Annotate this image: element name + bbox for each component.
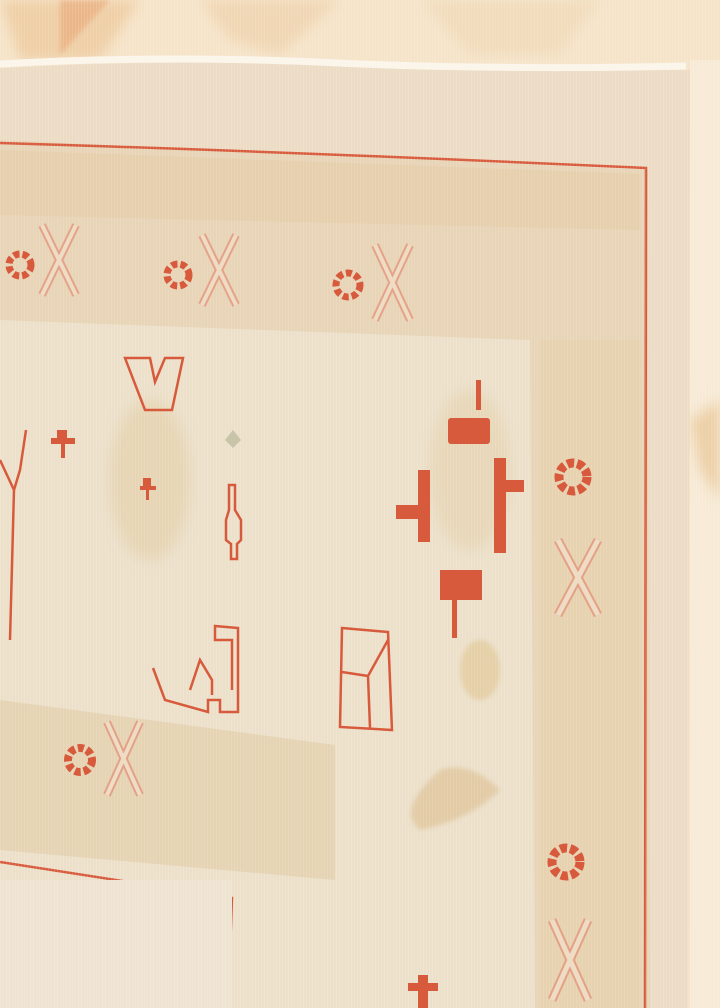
rug-back (0, 0, 720, 1008)
rug-illustration (0, 0, 720, 1008)
rug-photo (0, 0, 720, 1008)
